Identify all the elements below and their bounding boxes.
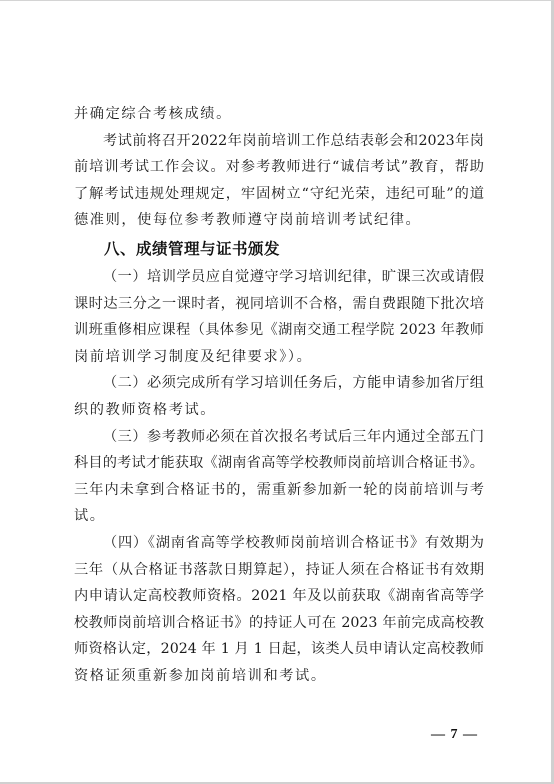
text-line: 试。 xyxy=(74,503,484,530)
text-line: （一）培训学员应自觉遵守学习培训纪律，旷课三次或请假 xyxy=(74,264,484,291)
item-2: （二）必须完成所有学习培训任务后，方能申请参加省厅组 织的教师资格考试。 xyxy=(74,370,484,423)
text-line: （二）必须完成所有学习培训任务后，方能申请参加省厅组 xyxy=(74,370,484,397)
section-heading: 八、成绩管理与证书颁发 xyxy=(74,234,484,264)
page-number: — 7 — xyxy=(431,727,478,743)
text-line: （四）《湖南省高等学校教师岗前培训合格证书》有效期为 xyxy=(74,530,484,557)
paragraph-continuation: 并确定综合考核成绩。 xyxy=(74,101,484,128)
text-line: 了解考试违规处理规定，牢固树立“守纪光荣，违纪可耻”的道 xyxy=(74,181,484,208)
text-line: 校教师岗前培训合格证书》的持证人可在 2023 年前完成高校教 xyxy=(74,610,484,637)
text-line: 三年（从合格证书落款日期算起），持证人须在合格证书有效期 xyxy=(74,557,484,584)
text-line: 前培训考试工作会议。对参考教师进行“诚信考试”教育，帮助 xyxy=(74,154,484,181)
text-line: 科目的考试才能获取《湖南省高等学校教师岗前培训合格证书》。 xyxy=(74,450,484,477)
text-line: 三年内未拿到合格证书的，需重新参加新一轮的岗前培训与考 xyxy=(74,477,484,504)
item-1: （一）培训学员应自觉遵守学习培训纪律，旷课三次或请假 课时达三分之一课时者，视同… xyxy=(74,264,484,370)
document-body: 并确定综合考核成绩。 考试前将召开2022年岗前培训工作总结表彰会和2023年岗… xyxy=(74,101,484,689)
text-line: 岗前培训学习制度及纪律要求》）。 xyxy=(74,344,484,371)
item-4: （四）《湖南省高等学校教师岗前培训合格证书》有效期为 三年（从合格证书落款日期算… xyxy=(74,530,484,690)
text-line: 内申请认定高校教师资格。2021 年及以前获取《湖南省高等学 xyxy=(74,583,484,610)
text-line: 资格证须重新参加岗前培训和考试。 xyxy=(74,663,484,690)
document-page: 并确定综合考核成绩。 考试前将召开2022年岗前培训工作总结表彰会和2023年岗… xyxy=(0,0,554,784)
text-line: （三）参考教师必须在首次报名考试后三年内通过全部五门 xyxy=(74,424,484,451)
text-line: 并确定综合考核成绩。 xyxy=(74,101,484,128)
text-line: 德准则，使每位参考教师遵守岗前培训考试纪律。 xyxy=(74,207,484,234)
text-line: 考试前将召开2022年岗前培训工作总结表彰会和2023年岗 xyxy=(74,128,484,155)
text-line: 训班重修相应课程（具体参见《湖南交通工程学院 2023 年教师 xyxy=(74,317,484,344)
text-line: 师资格认定，2024 年 1 月 1 日起，该类人员申请认定高校教师 xyxy=(74,636,484,663)
paragraph-exam-meeting: 考试前将召开2022年岗前培训工作总结表彰会和2023年岗 前培训考试工作会议。… xyxy=(74,128,484,234)
text-line: 课时达三分之一课时者，视同培训不合格，需自费跟随下批次培 xyxy=(74,291,484,318)
item-3: （三）参考教师必须在首次报名考试后三年内通过全部五门 科目的考试才能获取《湖南省… xyxy=(74,424,484,530)
text-line: 织的教师资格考试。 xyxy=(74,397,484,424)
